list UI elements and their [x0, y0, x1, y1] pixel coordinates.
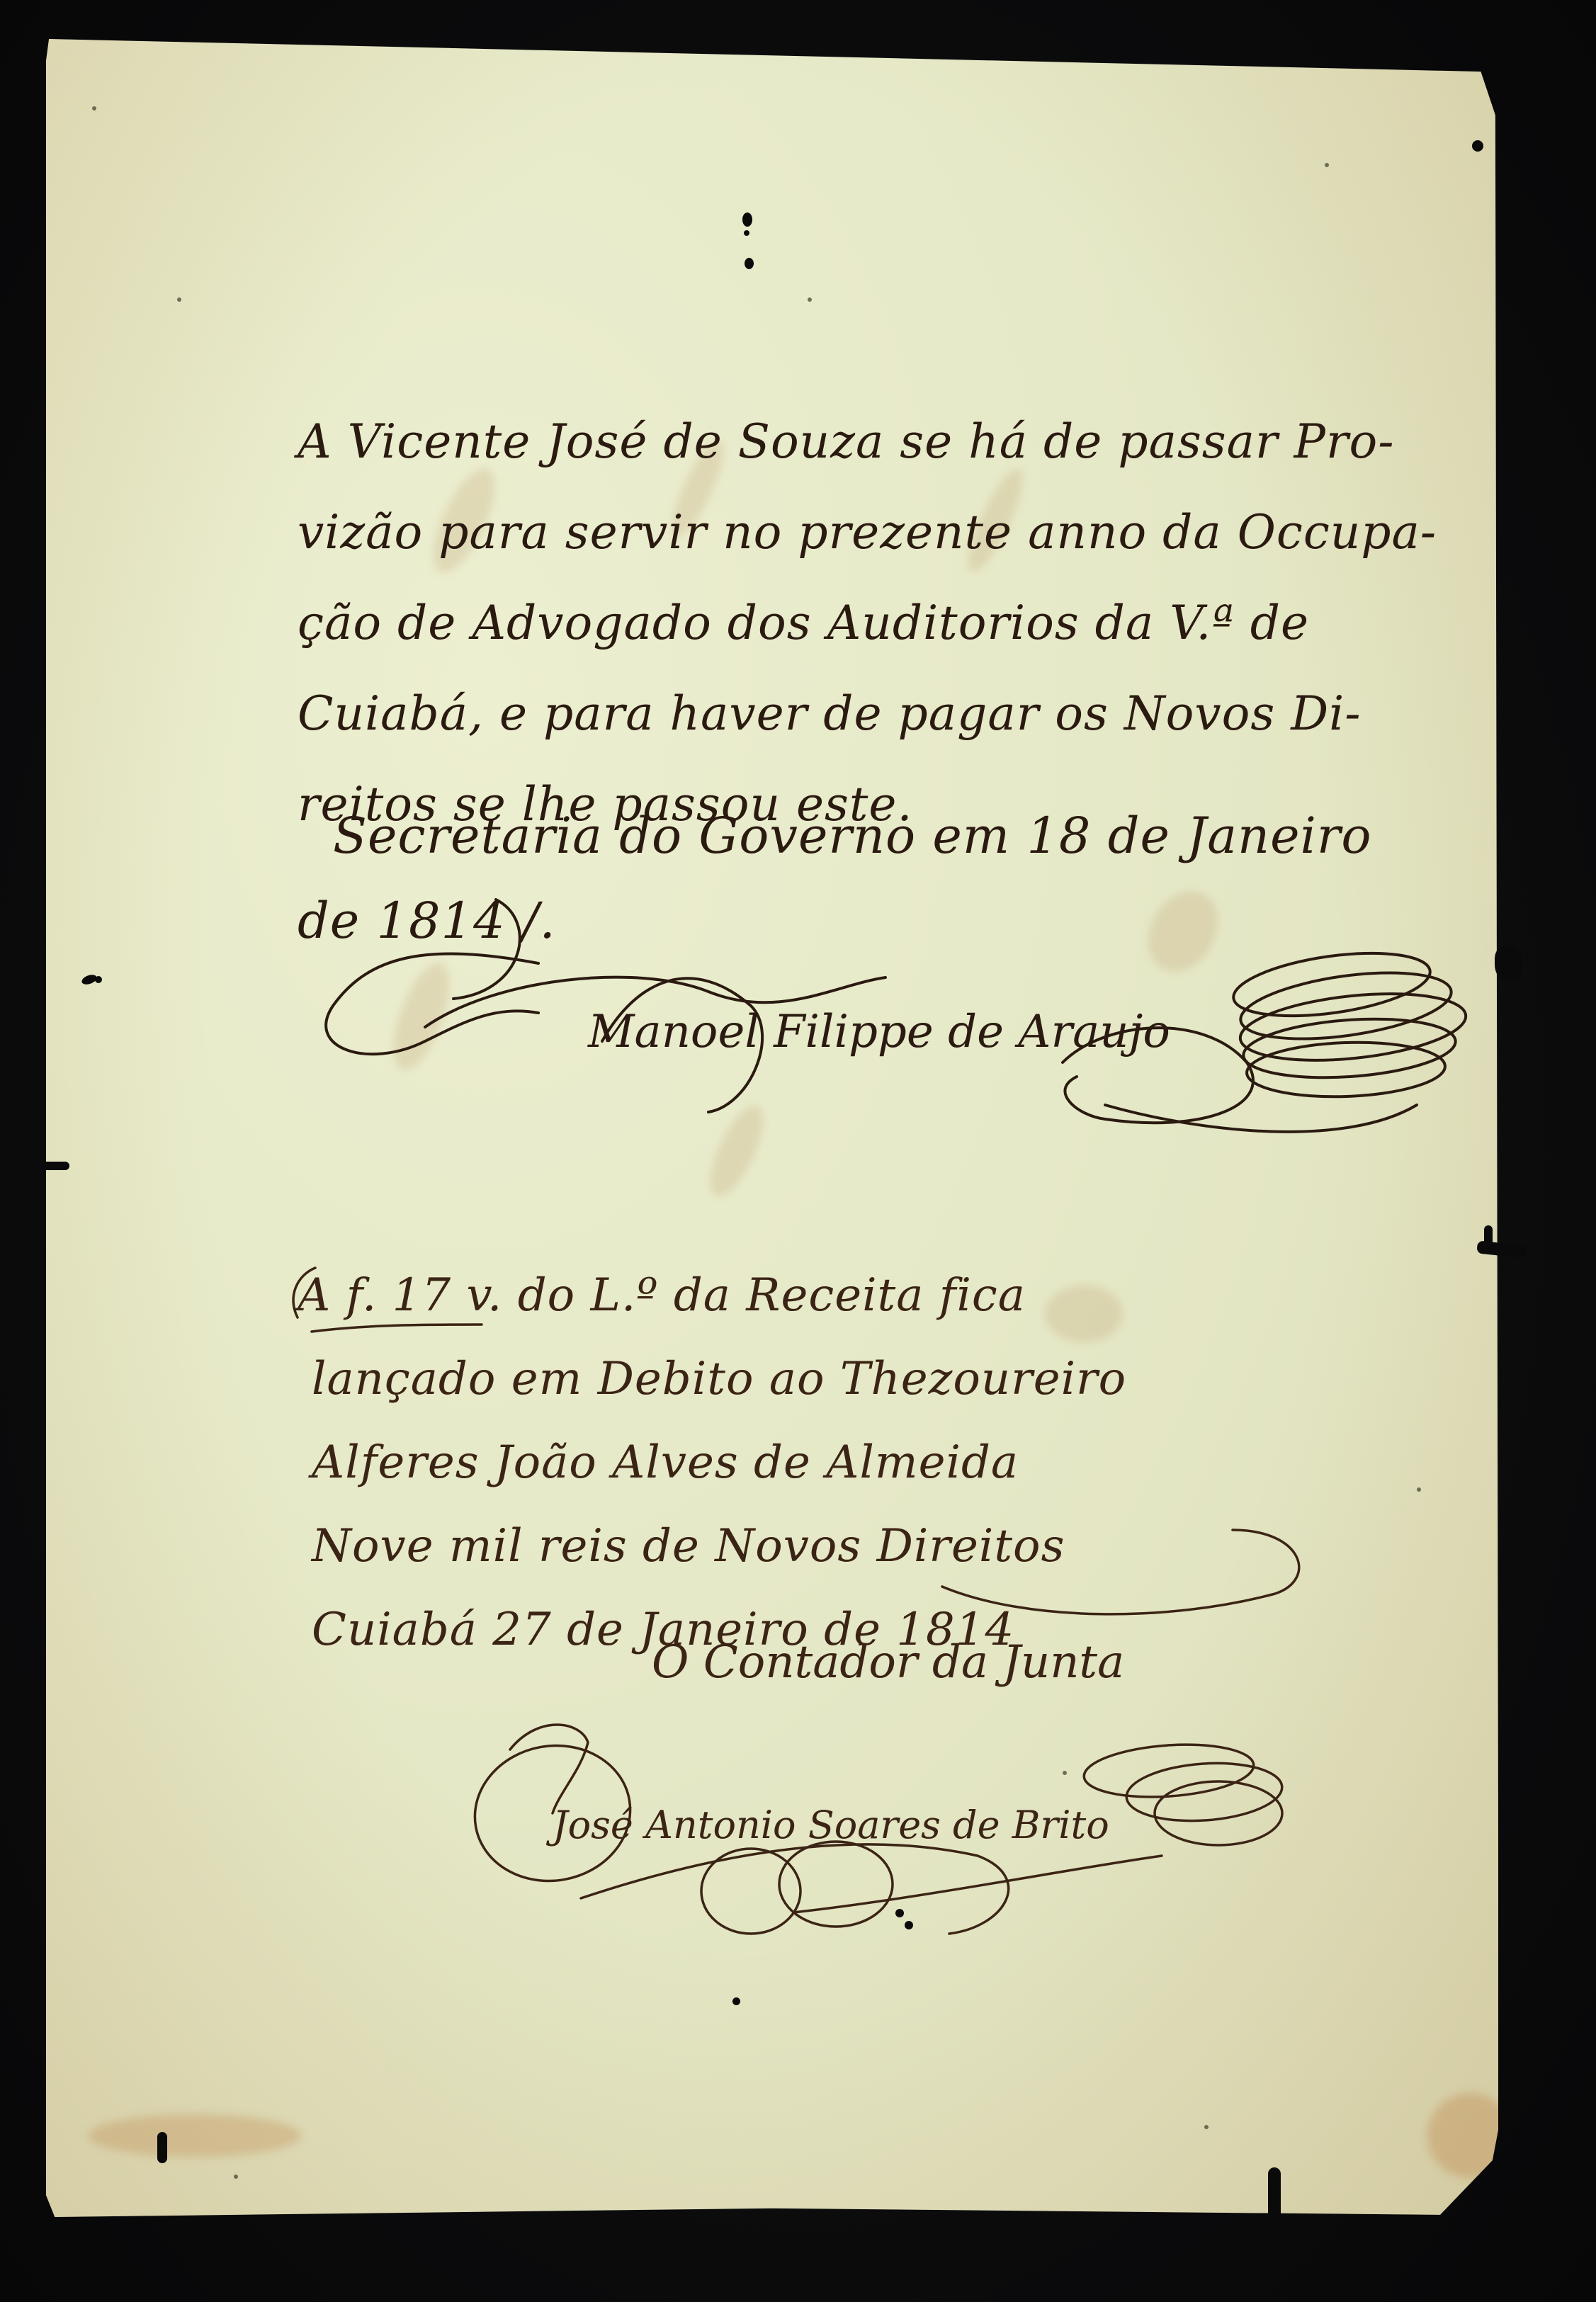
corner-stain	[89, 2114, 301, 2157]
paper-hole	[744, 230, 749, 236]
paper-hole	[1484, 1225, 1493, 1254]
paper-speck	[1204, 2125, 1209, 2129]
receipt-line: lançado em Debito ao Thezoureiro	[312, 1337, 1126, 1421]
scan-background: A Vicente José de Souza se há de passar …	[0, 0, 1596, 2302]
paper-speck	[1063, 1771, 1067, 1775]
paper-speck	[1417, 1487, 1421, 1492]
provision-paragraph: A Vicente José de Souza se há de passar …	[298, 397, 1437, 850]
paper-hole	[1268, 2167, 1281, 2260]
paper-hole	[745, 258, 754, 269]
ink-stain	[700, 1099, 774, 1203]
signature-jose-antonio: José Antonio Soares de Brito	[553, 1803, 1109, 1847]
paper-speck	[234, 2175, 238, 2179]
manuscript-page	[46, 39, 1498, 2217]
paper-hole	[41, 1162, 69, 1170]
receipt-line: Alferes João Alves de Almeida	[312, 1421, 1126, 1504]
paper-hole	[157, 2132, 167, 2163]
dateline: Secretaria do Governo em 18 de Janeiro d…	[333, 793, 1372, 963]
dateline-line: Secretaria do Governo em 18 de Janeiro	[333, 793, 1372, 878]
paper-hole	[1248, 2216, 1255, 2226]
paragraph-line: ção de Advogado dos Auditorios da V.ª de	[298, 578, 1437, 669]
paragraph-line: Cuiabá, e para haver de pagar os Novos D…	[298, 669, 1437, 759]
paper-hole	[1495, 946, 1523, 981]
paper-speck	[177, 297, 181, 302]
paper-hole	[1472, 140, 1483, 152]
paragraph-line: A Vicente José de Souza se há de passar …	[298, 397, 1437, 487]
signatory-title: O Contador da Junta	[652, 1636, 1124, 1689]
paper-hole	[95, 976, 102, 983]
paper-speck	[1325, 163, 1329, 167]
receipt-annotation: A f. 17 v. do L.º da Receita fica lançad…	[298, 1254, 1126, 1672]
dateline-line: de 1814 /.	[298, 878, 1372, 963]
paper-hole	[732, 1997, 740, 2005]
paper-hole	[895, 1909, 904, 1917]
paper-speck	[92, 106, 96, 110]
paper-speck	[808, 297, 812, 302]
signature-manoel-filippe: Manoel Filippe de Araujo	[588, 1006, 1170, 1058]
ink-stain	[382, 956, 460, 1077]
corner-stain	[1427, 2093, 1512, 2178]
paragraph-line: vizão para servir no prezente anno da Oc…	[298, 487, 1437, 578]
paper-hole	[742, 212, 752, 227]
receipt-line: A f. 17 v. do L.º da Receita fica	[298, 1254, 1126, 1337]
paper-hole	[905, 1921, 913, 1929]
receipt-line: Nove mil reis de Novos Direitos	[312, 1504, 1126, 1588]
